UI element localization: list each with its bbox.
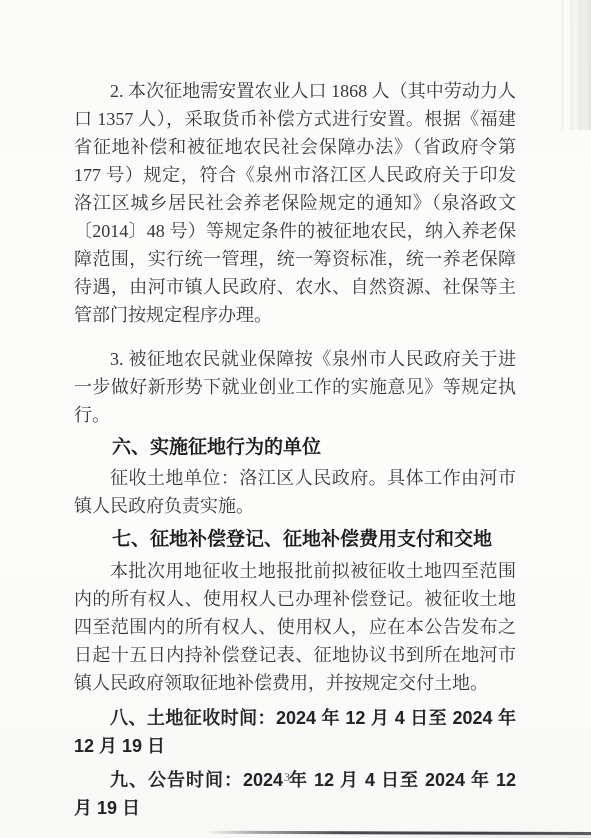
paragraph-employment-security: 3. 被征地农民就业保障按《泉州市人民政府关于进一步做好新形势下就业创业工作的实… <box>74 345 516 429</box>
page-number: 3 <box>277 770 297 785</box>
section-heading-seven-compensation-registration: 七、征地补偿登记、征地补偿费用支付和交地 <box>74 525 516 555</box>
paragraph-compensation-registration-detail: 本批次用地征收土地报批前拟被征收土地四至范围内的所有权人、使用权人已办理补偿登记… <box>74 557 516 697</box>
document-page: 2. 本次征地需安置农业人口 1868 人（其中劳动力人口 1357 人），采取… <box>0 0 591 838</box>
document-content: 2. 本次征地需安置农业人口 1868 人（其中劳动力人口 1357 人），采取… <box>74 77 516 822</box>
scan-artifact-top-right <box>557 0 591 130</box>
paragraph-implementing-unit-detail: 征收土地单位：洛江区人民政府。具体工作由河市镇人民政府负责实施。 <box>74 464 516 520</box>
paragraph-eight-expropriation-time: 八、土地征收时间：2024 年 12 月 4 日至 2024 年 12 月 19… <box>74 704 516 760</box>
paragraph-resettlement-population: 2. 本次征地需安置农业人口 1868 人（其中劳动力人口 1357 人），采取… <box>74 77 516 329</box>
section-heading-six-implementing-unit: 六、实施征地行为的单位 <box>74 433 516 463</box>
scan-paper-edge-line <box>205 831 591 835</box>
